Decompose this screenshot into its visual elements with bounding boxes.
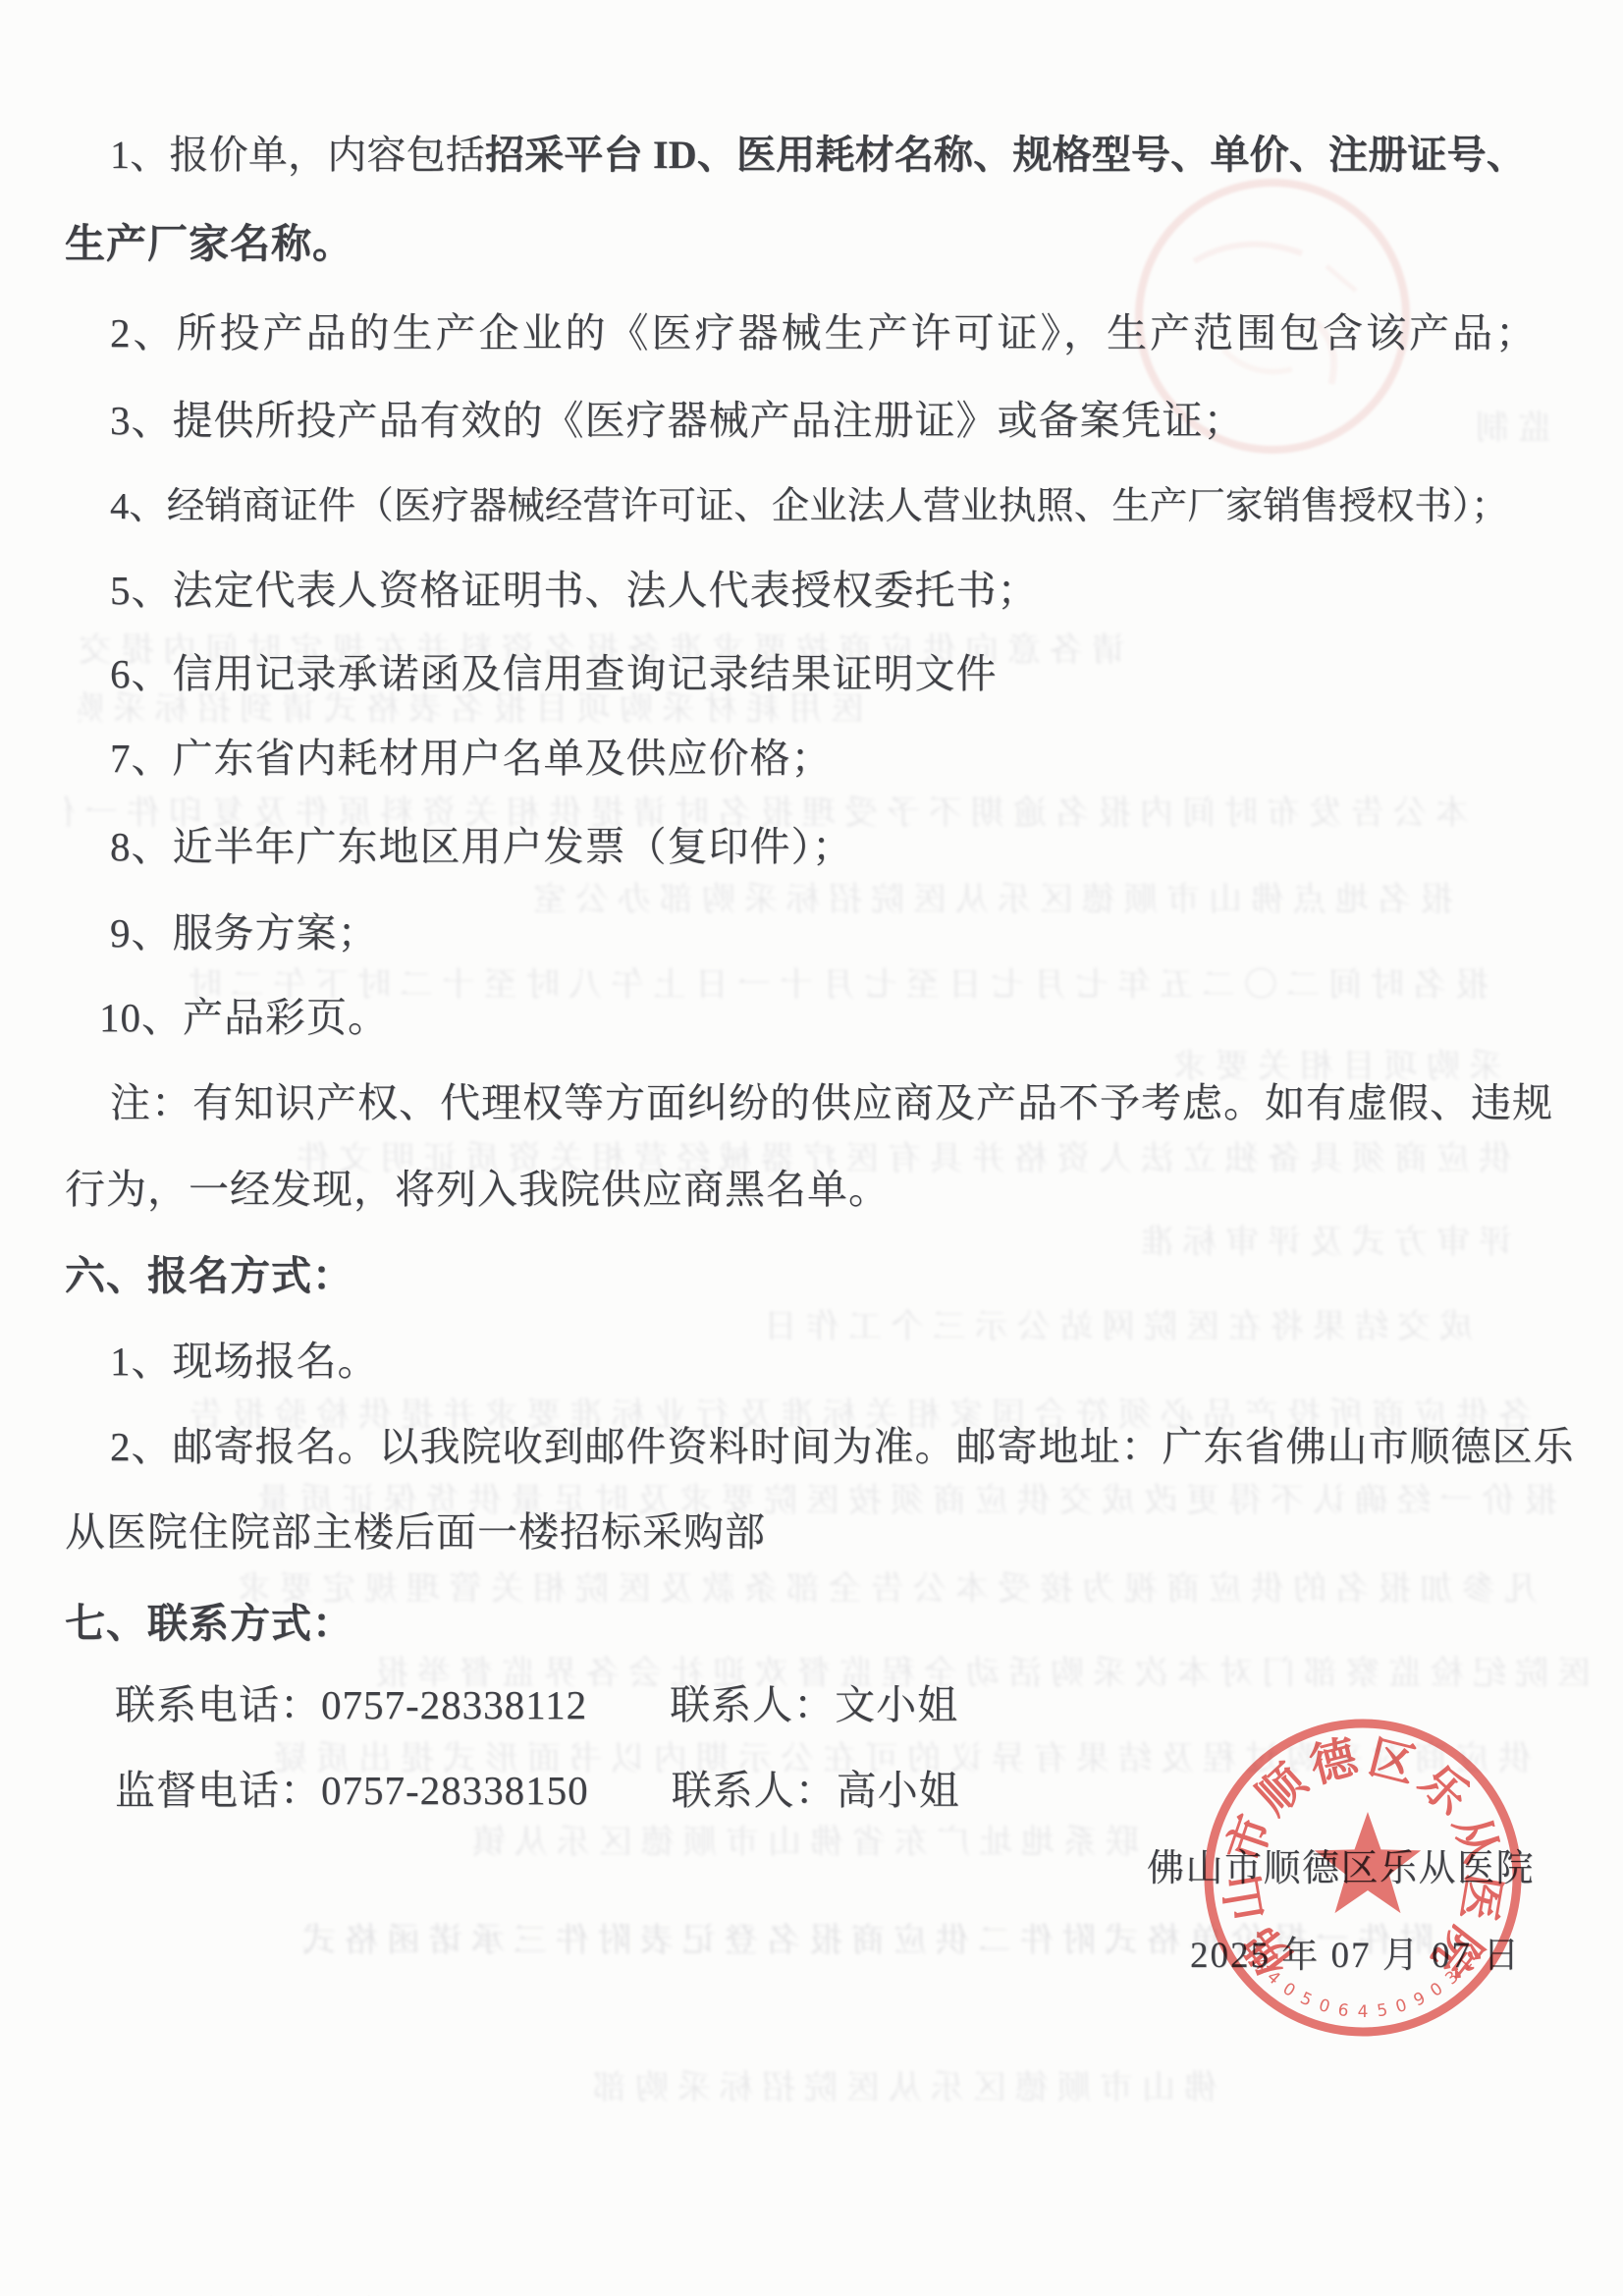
seal-serial-digit: 0 [1317, 1995, 1332, 2017]
document-line: 注：有知识产权、代理权等方面纠纷的供应商及产品不予考虑。如有虚假、违规 [110, 1080, 1553, 1125]
official-seal-svg: 佛山市顺德区乐从医院4405064509031 [1186, 1701, 1540, 2054]
official-seal: 佛山市顺德区乐从医院4405064509031 [1186, 1701, 1540, 2054]
seal-serial-digit: 0 [1279, 1979, 1299, 2001]
seal-serial-digit: 4 [1358, 2002, 1369, 2022]
page-edge-text-strip: 附件四供应商信用承诺函格式附件五法定代表人授权委托书格式附件六报价单格式要求说明 [67, 2287, 1563, 2296]
bleedthrough-line: 报名地点佛山市顺德区乐从医院招标采购部办公室 [373, 872, 1453, 917]
seal-arc-char: 区 [1364, 1732, 1421, 1793]
seal-serial-digit: 0 [1427, 1979, 1446, 2001]
bleedthrough-line: 采购项目相关要求 [1031, 1039, 1502, 1084]
seal-arc-char: 从 [1443, 1809, 1506, 1869]
seal-serial-digit: 6 [1336, 2000, 1350, 2021]
document-line: 9、服务方案； [110, 910, 379, 956]
document-line: 1、报价单，内容包括招采平台 ID、医用耗材名称、规格型号、单价、注册证号、 [110, 133, 1526, 178]
document-line: 1、现场报名。 [110, 1339, 379, 1384]
contact-line: 联系电话：0757-28338112 联系人：文小姐 [115, 1682, 958, 1727]
document-line: 8、近半年广东地区用户发票（复印件）； [110, 824, 853, 869]
bleedthrough-line: 联系地址广东省佛山市顺德区乐从镇 [334, 1815, 1139, 1860]
document-line: 4、经销商证件（医疗器械经营许可证、企业法人营业执照、生产厂家销售授权书）； [110, 484, 1509, 529]
seal-arc-char: 医 [1451, 1871, 1509, 1925]
line-text: 1、报价单，内容包括 [110, 133, 485, 177]
document-line: 7、广东省内耗材用户名单及供应价格； [110, 736, 833, 781]
document-line: 生产厂家名称。 [65, 221, 353, 266]
document-line: 行为，一经发现，将列入我院供应商黑名单。 [65, 1167, 890, 1212]
faint-seal-mark [1326, 266, 1356, 291]
seal-star [1315, 1812, 1421, 1913]
bleedthrough-line: 成交结果将在医院网站公示三个工作日 [687, 1299, 1473, 1344]
seal-arc-char: 山 [1217, 1871, 1274, 1925]
seal-arc-char: 市 [1218, 1809, 1281, 1869]
seal-serial-digit: 5 [1297, 1989, 1315, 2011]
document-line: 2、所投产品的生产企业的《医疗器械生产许可证》，生产范围包含该产品； [110, 310, 1539, 355]
document-line: 3、提供所投产品有效的《医疗器械产品注册证》或备案凭证； [110, 398, 1245, 443]
line-text-bold: 招采平台 ID、医用耗材名称、规格型号、单价、注册证号、 [485, 133, 1526, 177]
document-line: 6、信用记录承诺函及信用查询记录结果证明文件 [110, 651, 998, 696]
faint-seal-mark [1194, 245, 1302, 261]
document-line: 从医院住院部主楼后面一楼招标采购部 [65, 1509, 766, 1555]
contact-line: 监督电话：0757-28338150 联系人：高小姐 [115, 1768, 960, 1813]
section-heading: 六、报名方式： [65, 1253, 353, 1298]
document-line: 2、邮寄报名。以我院收到邮件资料时间为准。邮寄地址：广东省佛山市顺德区乐 [110, 1424, 1575, 1469]
bleedthrough-line: 佛山市顺德区乐从医院招标采购部 [373, 2060, 1217, 2105]
scanned-document-page: 监制 请各意向供应商按要求准备报名资料并在规定时间内提交 医用耗材采购项目报名表… [0, 0, 1623, 2296]
seal-serial-digit: 0 [1393, 1995, 1409, 2017]
section-heading: 七、联系方式： [65, 1601, 353, 1646]
bleedthrough-line: 评审方式及评审标准 [982, 1215, 1512, 1260]
document-line: 5、法定代表人资格证明书、法人代表授权委托书； [110, 568, 1039, 613]
seal-serial-digit: 5 [1376, 2000, 1389, 2021]
seal-serial-digit: 9 [1411, 1989, 1429, 2011]
document-line: 10、产品彩页。 [99, 995, 389, 1040]
seal-arc-char: 德 [1305, 1731, 1364, 1792]
